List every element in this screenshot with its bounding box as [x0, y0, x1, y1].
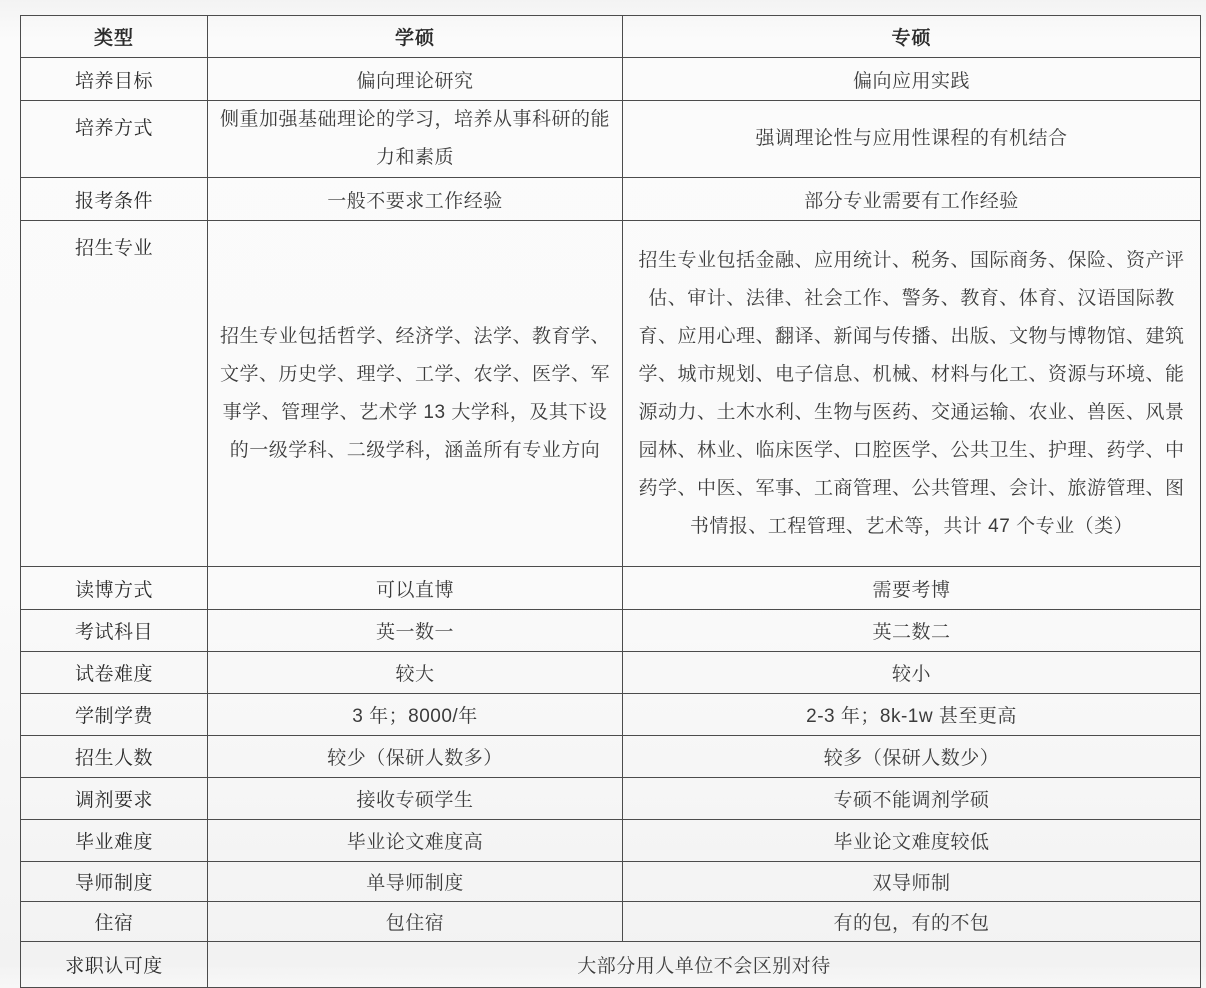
xueshuo-value-cell: 侧重加强基础理论的学习，培养从事科研的能力和素质	[208, 101, 623, 178]
row-label-cell: 学制学费	[21, 694, 208, 736]
table-row: 学制学费 3 年；8000/年 2-3 年；8k-1w 甚至更高	[21, 694, 1201, 736]
table-row: 求职认可度 大部分用人单位不会区别对待	[21, 942, 1201, 968]
table-row: 导师制度 单导师制度 双导师制	[21, 862, 1201, 902]
zhuanshuo-value-cell: 双导师制	[623, 862, 1201, 902]
row-label-cell: 培养目标	[21, 58, 208, 101]
zhuanshuo-value-cell: 英二数二	[623, 610, 1201, 652]
zhuanshuo-value-cell: 需要考博	[623, 567, 1201, 610]
row-label-cell: 调剂要求	[21, 778, 208, 820]
row-label-cell: 报考条件	[21, 178, 208, 221]
column-header-zhuanshuo: 专硕	[623, 16, 1201, 58]
row-label-cell: 培养方式	[21, 101, 208, 178]
column-header-type: 类型	[21, 16, 208, 58]
table-row: 招生专业 招生专业包括哲学、经济学、法学、教育学、文学、历史学、理学、工学、农学…	[21, 221, 1201, 567]
row-label-cell: 考试科目	[21, 610, 208, 652]
table-row: 调剂要求 接收专硕学生 专硕不能调剂学硕	[21, 778, 1201, 820]
table-row: 培养目标 偏向理论研究 偏向应用实践	[21, 58, 1201, 101]
row-label-cell: 试卷难度	[21, 652, 208, 694]
comparison-table: 类型 学硕 专硕 培养目标 偏向理论研究 偏向应用实践 培养方式 侧重加强基础理…	[20, 15, 1201, 967]
zhuanshuo-value-cell: 招生专业包括金融、应用统计、税务、国际商务、保险、资产评估、审计、法律、社会工作…	[623, 221, 1201, 567]
zhuanshuo-value-cell: 较小	[623, 652, 1201, 694]
merged-value-cell: 大部分用人单位不会区别对待	[208, 942, 1201, 968]
table-row: 住宿 包住宿 有的包，有的不包	[21, 902, 1201, 942]
row-label-cell: 住宿	[21, 902, 208, 942]
row-label-cell: 招生人数	[21, 736, 208, 778]
column-header-xueshuo: 学硕	[208, 16, 623, 58]
zhuanshuo-value-cell: 较多（保研人数少）	[623, 736, 1201, 778]
row-label-cell: 毕业难度	[21, 820, 208, 862]
table-row: 试卷难度 较大 较小	[21, 652, 1201, 694]
row-label-cell: 招生专业	[21, 221, 208, 567]
zhuanshuo-value-cell: 强调理论性与应用性课程的有机结合	[623, 101, 1201, 178]
xueshuo-value-cell: 3 年；8000/年	[208, 694, 623, 736]
zhuanshuo-value-cell: 偏向应用实践	[623, 58, 1201, 101]
xueshuo-value-cell: 毕业论文难度高	[208, 820, 623, 862]
table-row: 招生人数 较少（保研人数多） 较多（保研人数少）	[21, 736, 1201, 778]
xueshuo-value-cell: 接收专硕学生	[208, 778, 623, 820]
xueshuo-value-cell: 招生专业包括哲学、经济学、法学、教育学、文学、历史学、理学、工学、农学、医学、军…	[208, 221, 623, 567]
xueshuo-value-cell: 单导师制度	[208, 862, 623, 902]
table-row: 考试科目 英一数一 英二数二	[21, 610, 1201, 652]
zhuanshuo-value-cell: 2-3 年；8k-1w 甚至更高	[623, 694, 1201, 736]
table-row: 报考条件 一般不要求工作经验 部分专业需要有工作经验	[21, 178, 1201, 221]
table-header-row: 类型 学硕 专硕	[21, 16, 1201, 58]
scanned-document-page: 类型 学硕 专硕 培养目标 偏向理论研究 偏向应用实践 培养方式 侧重加强基础理…	[0, 0, 1206, 967]
xueshuo-value-cell: 较大	[208, 652, 623, 694]
zhuanshuo-value-cell: 毕业论文难度较低	[623, 820, 1201, 862]
xueshuo-value-cell: 可以直博	[208, 567, 623, 610]
xueshuo-value-cell: 英一数一	[208, 610, 623, 652]
table-row: 毕业难度 毕业论文难度高 毕业论文难度较低	[21, 820, 1201, 862]
zhuanshuo-value-cell: 有的包，有的不包	[623, 902, 1201, 942]
xueshuo-value-cell: 一般不要求工作经验	[208, 178, 623, 221]
row-label-cell: 导师制度	[21, 862, 208, 902]
row-label-cell: 求职认可度	[21, 942, 208, 968]
xueshuo-value-cell: 较少（保研人数多）	[208, 736, 623, 778]
table-row: 培养方式 侧重加强基础理论的学习，培养从事科研的能力和素质 强调理论性与应用性课…	[21, 101, 1201, 178]
zhuanshuo-value-cell: 部分专业需要有工作经验	[623, 178, 1201, 221]
zhuanshuo-value-cell: 专硕不能调剂学硕	[623, 778, 1201, 820]
table-row: 读博方式 可以直博 需要考博	[21, 567, 1201, 610]
xueshuo-value-cell: 包住宿	[208, 902, 623, 942]
row-label-cell: 读博方式	[21, 567, 208, 610]
xueshuo-value-cell: 偏向理论研究	[208, 58, 623, 101]
